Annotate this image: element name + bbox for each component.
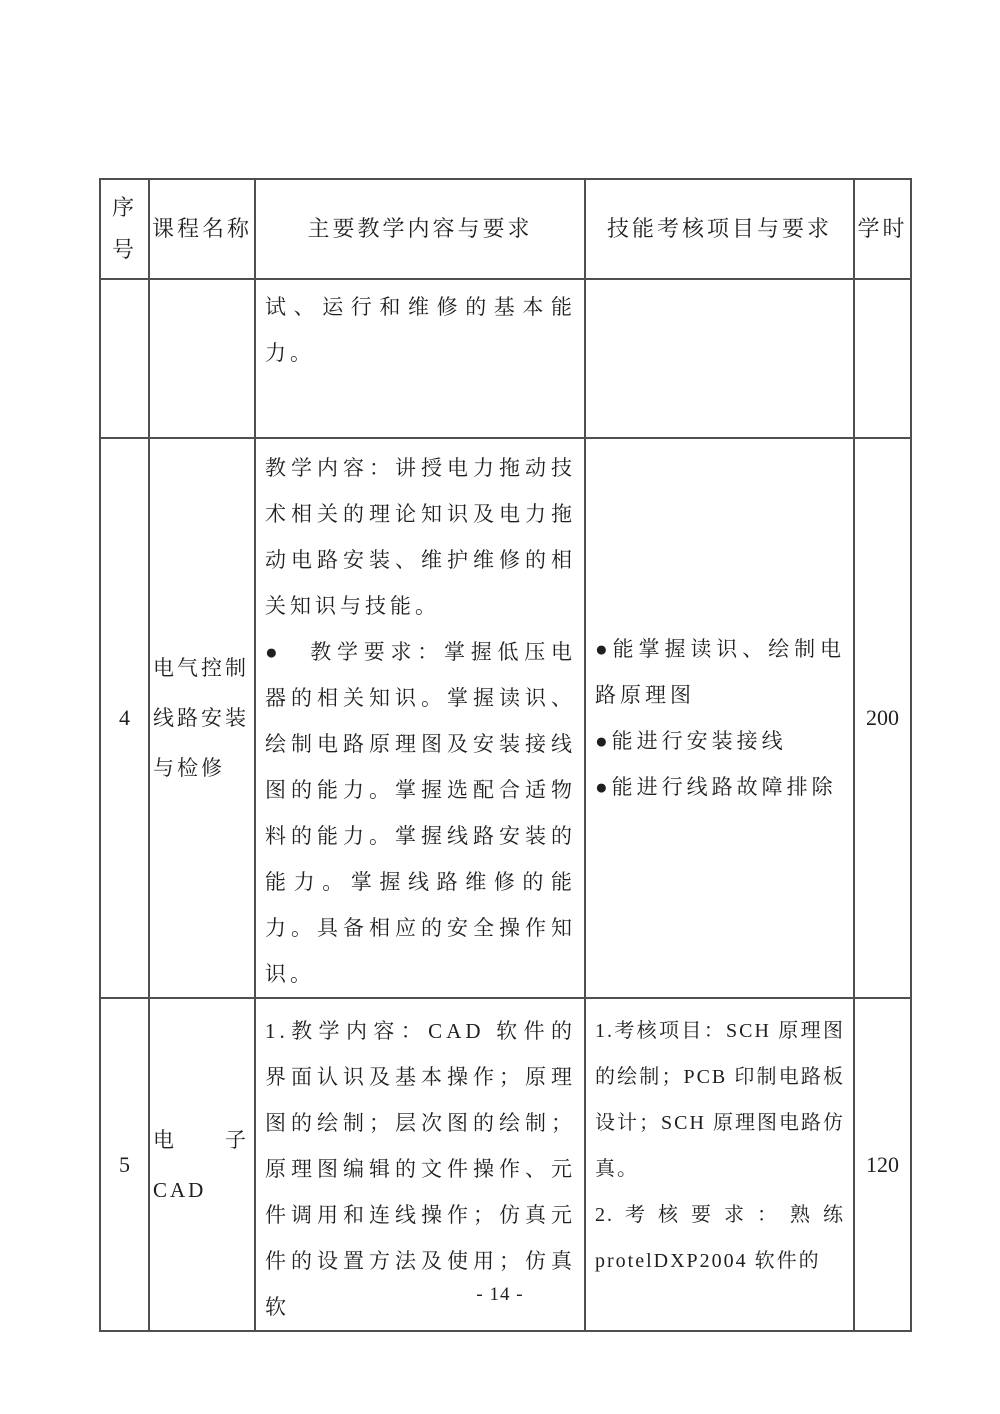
cell-teaching-content: 试、运行和维修的基本能力。 <box>255 279 585 438</box>
cell-class-hours: 120 <box>854 998 911 1331</box>
table-header-row: 序 号 课程名称 主要教学内容与要求 技能考核项目与要求 学时 <box>100 179 911 279</box>
cell-teaching-content: 1.教学内容：CAD 软件的界面认识及基本操作；原理图的绘制；层次图的绘制；原理… <box>255 998 585 1331</box>
header-teaching-content: 主要教学内容与要求 <box>255 179 585 279</box>
header-skill-assessment: 技能考核项目与要求 <box>585 179 854 279</box>
cell-course-name <box>149 279 255 438</box>
cell-serial-number <box>100 279 149 438</box>
cell-course-name: 电气控制 线路安装 与检修 <box>149 438 255 998</box>
page-number: - 14 - <box>0 1284 1000 1306</box>
document-page: 序 号 课程名称 主要教学内容与要求 技能考核项目与要求 学时 试、运行和维修的… <box>0 0 1000 1414</box>
header-class-hours: 学时 <box>854 179 911 279</box>
cell-course-name: 电 子 CAD <box>149 998 255 1331</box>
cell-skill-assessment: ●能掌握读识、绘制电路原理图 ●能进行安装接线 ●能进行线路故障排除 <box>585 438 854 998</box>
header-serial-number: 序 号 <box>100 179 149 279</box>
cell-class-hours: 200 <box>854 438 911 998</box>
cell-skill-assessment: 1.考核项目：SCH 原理图的绘制；PCB 印制电路板设计；SCH 原理图电路仿… <box>585 998 854 1331</box>
cell-teaching-content: 教学内容：讲授电力拖动技术相关的理论知识及电力拖动电路安装、维护维修的相关知识与… <box>255 438 585 998</box>
course-syllabus-table: 序 号 课程名称 主要教学内容与要求 技能考核项目与要求 学时 试、运行和维修的… <box>99 178 912 1332</box>
table-row-continuation: 试、运行和维修的基本能力。 <box>100 279 911 438</box>
cell-class-hours <box>854 279 911 438</box>
cell-serial-number: 5 <box>100 998 149 1331</box>
header-course-name: 课程名称 <box>149 179 255 279</box>
table-row-course-4: 4 电气控制 线路安装 与检修 教学内容：讲授电力拖动技术相关的理论知识及电力拖… <box>100 438 911 998</box>
cell-skill-assessment <box>585 279 854 438</box>
table-row-course-5: 5 电 子 CAD 1.教学内容：CAD 软件的界面认识及基本操作；原理图的绘制… <box>100 998 911 1331</box>
cell-serial-number: 4 <box>100 438 149 998</box>
